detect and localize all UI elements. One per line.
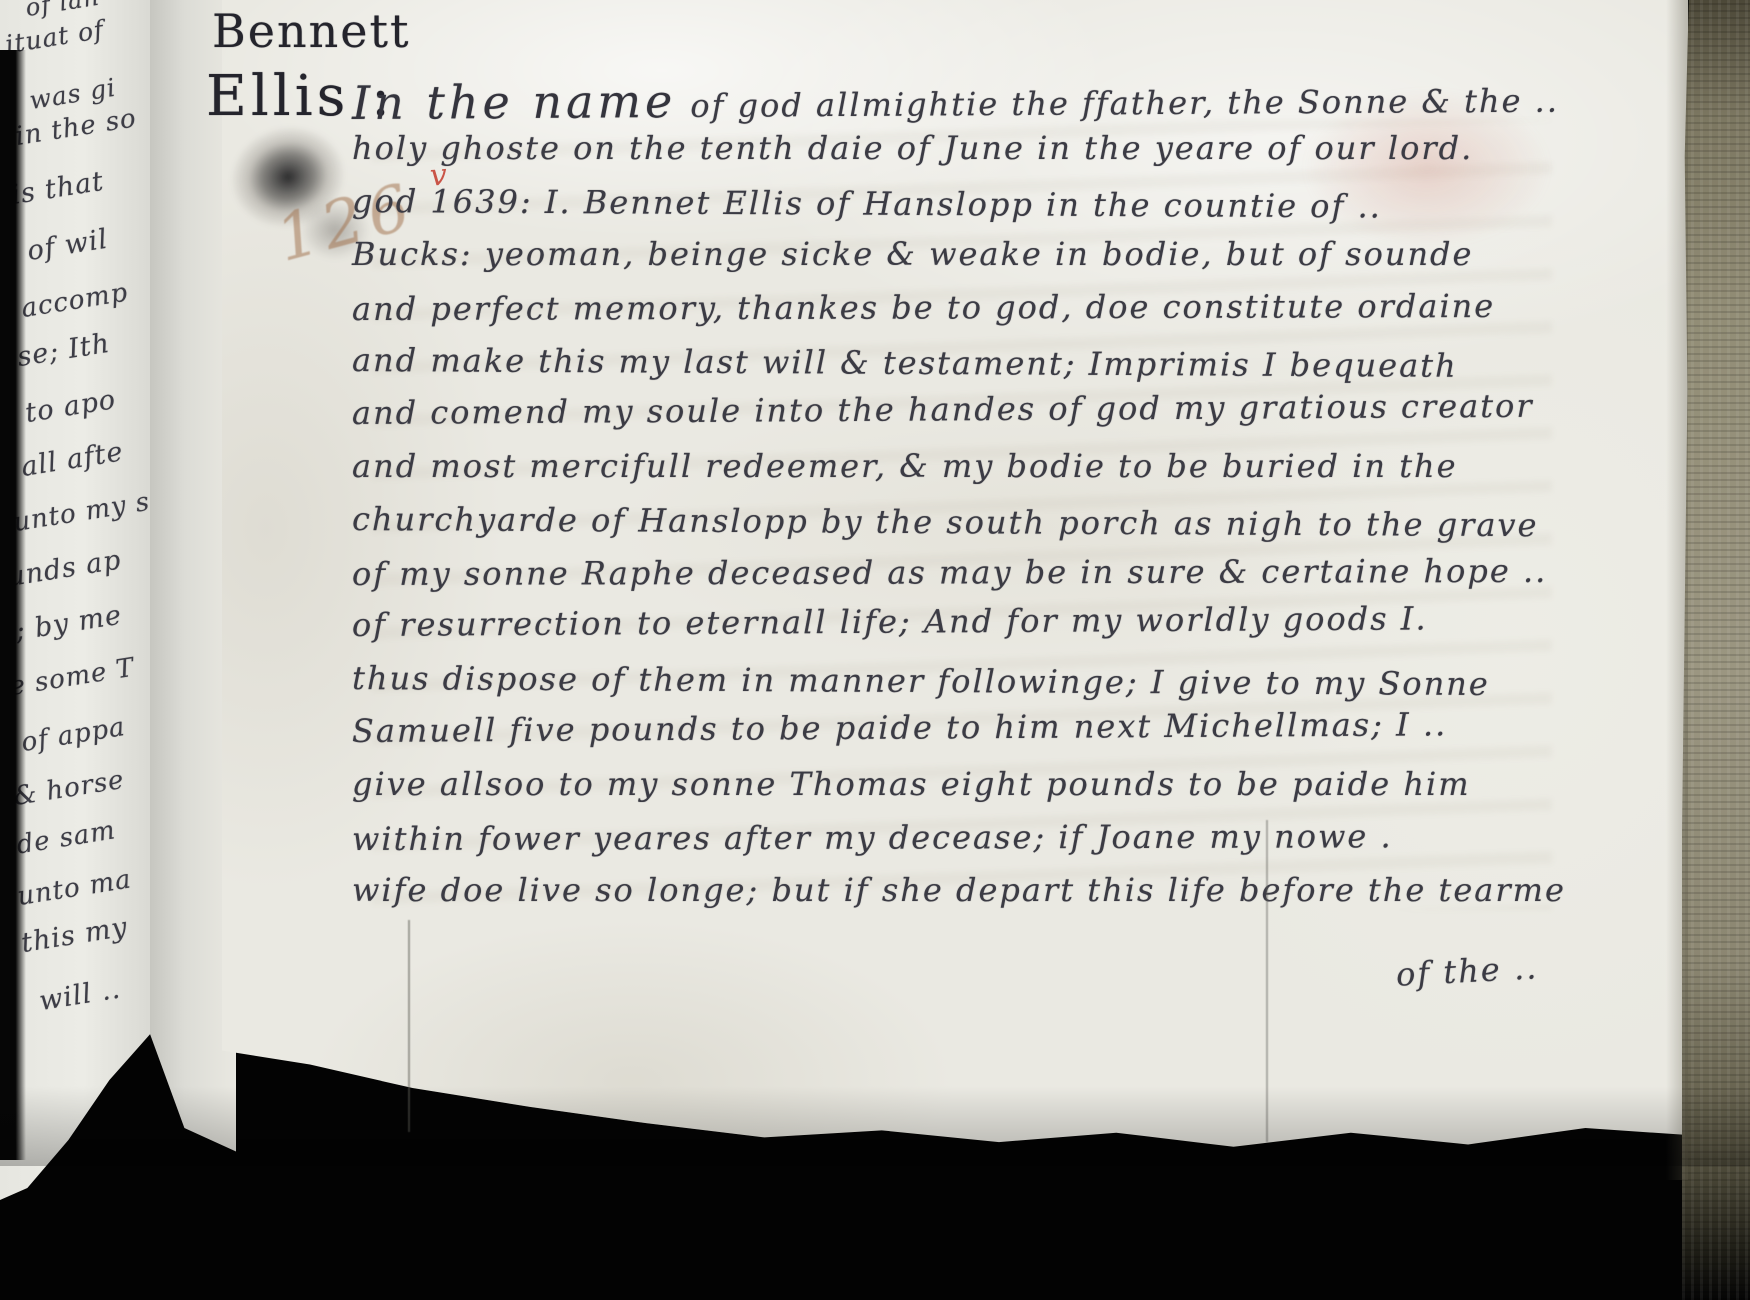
- adjacent-page-fragment: this my: [19, 912, 130, 959]
- adjacent-page-fragment: all afte: [19, 436, 125, 483]
- manuscript-line: and comend my soule into the handes of g…: [352, 387, 1552, 447]
- adjacent-page-fragment: ; by me: [13, 600, 124, 647]
- manuscript-line: In the nameof god allmightie the ffather…: [352, 69, 1552, 129]
- manuscript-line: and most mercifull redeemer, & my bodie …: [352, 447, 1552, 500]
- binding-shadow: [0, 50, 26, 1160]
- manuscript-line: wife doe live so longe; but if she depar…: [352, 871, 1552, 924]
- manuscript-line: Samuell five pounds to be paide to him n…: [352, 705, 1552, 765]
- manuscript-line: churchyarde of Hanslopp by the south por…: [352, 500, 1552, 559]
- adjacent-page-fragment: of wil: [25, 224, 110, 267]
- catchword: of the ..: [1395, 948, 1539, 993]
- page-stack-texture: [1682, 0, 1750, 1300]
- adjacent-page-fragment: unto my s: [11, 487, 152, 538]
- page-crease: [1266, 820, 1268, 1142]
- manuscript-line: holy ghoste on the tenth daie of June in…: [352, 129, 1552, 182]
- manuscript-line: Bucks: yeoman, beinge sicke & weake in b…: [352, 235, 1552, 288]
- page-crease: [408, 920, 410, 1132]
- book-fore-edge: [1682, 0, 1750, 1300]
- manuscript-line: of resurrection to eternall life; And fo…: [352, 599, 1552, 659]
- will-text-block: In the nameof god allmightie the ffather…: [352, 76, 1552, 924]
- adjacent-page-fragment: e some T: [7, 653, 136, 702]
- adjacent-page-fragment: se; Ith: [15, 328, 112, 373]
- adjacent-page-fragment: unto ma: [15, 864, 133, 912]
- manuscript-line: give allsoo to my sonne Thomas eight pou…: [352, 765, 1552, 818]
- manuscript-line: within fower yeares after my decease; if…: [352, 817, 1552, 873]
- margin-heading-surname: Bennett: [212, 4, 410, 58]
- adjacent-page-fragment: of appa: [19, 712, 127, 758]
- adjacent-page-fragment: to apo: [23, 384, 118, 429]
- manuscript-line: god 1639: I. Bennet Ellis of Hanslopp in…: [352, 182, 1552, 241]
- opening-phrase: In the name: [352, 74, 677, 130]
- fore-edge-shadow: [1666, 0, 1688, 1180]
- adjacent-page-fragment: accomp: [19, 278, 130, 324]
- manuscript-line: and perfect memory, thankes be to god, d…: [352, 287, 1552, 343]
- adjacent-page-fragment: & horse: [11, 765, 126, 812]
- adjacent-page-fragment: will ..: [37, 974, 123, 1017]
- manuscript-photo: of lan ituat of was gi in the so is that…: [0, 0, 1750, 1300]
- manuscript-line-text: of god allmightie the ffather, the Sonne…: [690, 82, 1559, 125]
